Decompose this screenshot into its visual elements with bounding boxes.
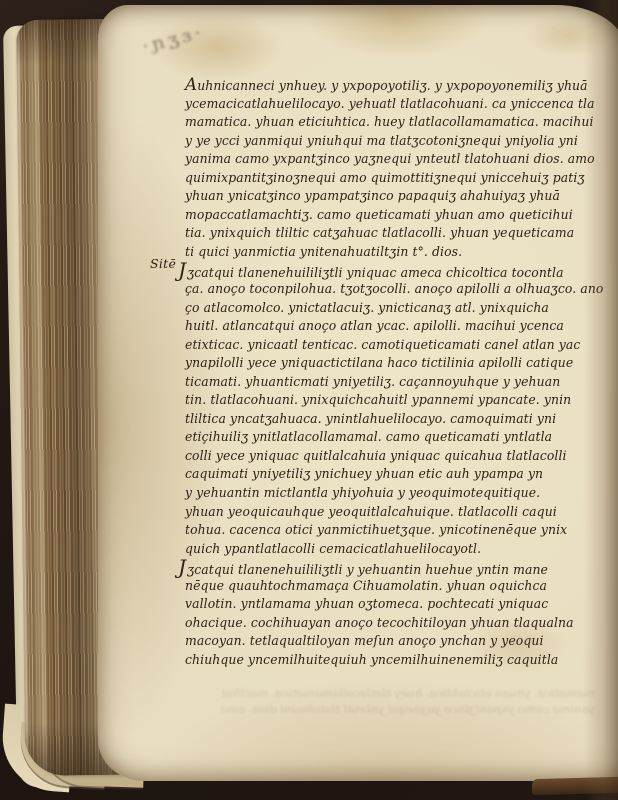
text-line: vallotin. yntlamama yhuan oʒtomeca. poch…: [185, 595, 603, 614]
text-line: chiuhque yncemilhuitequiuh yncemilhuinen…: [185, 651, 603, 670]
text-line: Auhnicanneci ynhuey. y yxpopoyotiliʒ. y …: [185, 76, 603, 95]
text-line: Jʒcatqui tlanenehuililiʒtli y yehuantin …: [178, 558, 603, 577]
text-line: mopaccatlamachtiʒ. camo queticamati yhua…: [185, 206, 603, 225]
text-line: ohacique. cochihuayan anoço tecochitiloy…: [185, 614, 603, 633]
text-line: ynapilolli yece yniquactictilana haco ti…: [185, 354, 603, 373]
text-line: tohua. cacenca otici yanmictihuetʒque. y…: [185, 521, 603, 540]
text-line: tliltica yncatʒahuaca. ynintlahuelilocay…: [185, 410, 603, 429]
paragraph-3: Jʒcatqui tlanenehuililiʒtli y yehuantin …: [185, 558, 603, 669]
text-line: ça. anoço toconpilohua. tʒotʒocolli. ano…: [185, 280, 603, 299]
text-line: ticamati. yhuanticmati yniyetiliʒ. caçan…: [185, 373, 603, 392]
text-line: yhuan ynicatʒinco ypampatʒinco papaquiʒ …: [185, 187, 603, 206]
text-line: ti quici yanmictia ynitenahuatiltʒin t°.…: [185, 243, 603, 262]
text-line: ycemacicatlahuelilocayo. yehuatl tlatlac…: [185, 95, 603, 114]
text-line: colli yece yniquac quitlalcahuia yniquac…: [185, 447, 603, 466]
text-line: mamatica. yhuan eticiuhtica. huey tlatla…: [185, 113, 603, 132]
text-line: macoyan. tetlaqualtiloyan meſun anoço yn…: [185, 632, 603, 651]
text-line: Jʒcatqui tlanenehuililiʒtli yniquac amec…: [178, 261, 603, 280]
marginal-note: Sitē: [150, 256, 176, 271]
paragraph-2: Jʒcatqui tlanenehuililiʒtli yniquac amec…: [185, 261, 603, 558]
text-line: ço atlacomolco. ynictatlacuiʒ. ynictican…: [185, 299, 603, 318]
text-line: yhuan yeoquicauhque yeoquitlalcahuique. …: [185, 503, 603, 522]
text-line: huitl. atlancatqui anoço atlan ycac. api…: [185, 317, 603, 336]
text-line: yanima camo yxpantʒinco yaʒnequi ynteutl…: [185, 150, 603, 169]
text-line: tin. tlatlacohuani. ynixquichcahuitl ypa…: [185, 391, 603, 410]
text-line: tia. ynixquich tliltic catʒahuac tlatlac…: [185, 224, 603, 243]
text-line: etixticac. ynicaatl tenticac. camotiquet…: [185, 336, 603, 355]
paragraph-1: Auhnicanneci ynhuey. y yxpopoyotiliʒ. y …: [185, 76, 603, 261]
showthrough-text: mamatica. yhuan eticiuhtica. huey tlatla…: [205, 686, 595, 700]
text-line: caquimati yniyetiliʒ ynichuey yhuan etic…: [185, 465, 603, 484]
text-line: quimixpantitʒinoʒnequi amo quimottitiʒne…: [185, 169, 603, 188]
text-line: y ye ycci yanmiqui yniuhqui ma tlatʒcoto…: [185, 132, 603, 151]
photo-backdrop: ·ɲʒɜ· Sitē Auhnicanneci ynhuey. y yxpopo…: [0, 0, 618, 800]
text-line: y yehuantin mictlantla yhiyohuia y yeoqu…: [185, 484, 603, 503]
text-line: quich ypantlatlacolli cemacicatlahuelilo…: [185, 540, 603, 559]
manuscript-text-block: Auhnicanneci ynhuey. y yxpopoyotiliʒ. y …: [185, 76, 603, 670]
book-board-edge: [532, 777, 618, 795]
text-line: nēque quauhtochmamaça Cihuamolatin. yhua…: [185, 577, 603, 596]
showthrough-text: yanima camo yxpantʒinco yaʒnequi ynteutl…: [205, 702, 595, 716]
text-line: etiçihuiliʒ ynitlatlacollamamal. camo qu…: [185, 428, 603, 447]
